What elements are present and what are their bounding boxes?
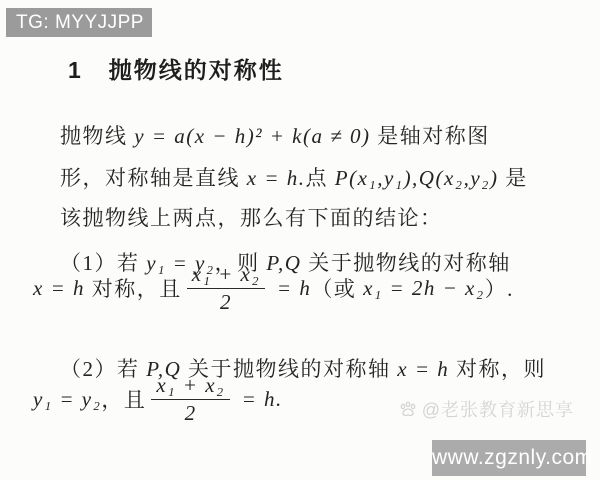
section-number: 1 [68, 57, 83, 84]
watermark-label: @老张教育新思享 [422, 396, 574, 422]
paw-icon [398, 399, 418, 419]
tg-badge-label: TG: MYYJJPP [16, 12, 144, 33]
body-line-5: x = h 对称，且x₁ + x₂2 = h（或 x₁ = 2h − x₂）. [33, 257, 563, 319]
section-title: 抛物线的对称性 [109, 52, 284, 85]
fraction-denominator: 2 [220, 289, 232, 314]
math-fraction: x₁ + x₂2 [187, 262, 265, 314]
math-run: = h [270, 276, 311, 301]
text-run: 对称，且 [85, 273, 182, 303]
text-run: （或 [311, 273, 363, 303]
math-run: x₁ = 2h − x₂ [363, 276, 485, 301]
watermark: @老张教育新思享 [398, 396, 574, 422]
math-fraction: x₁ + x₂2 [151, 373, 229, 425]
document-page: TG: MYYJJPP 1 抛物线的对称性 抛物线 y = a(x − h)² … [0, 0, 600, 480]
text-run: ）. [485, 273, 514, 303]
tg-badge: TG: MYYJJPP [6, 8, 152, 37]
text-run: ，且 [101, 384, 146, 414]
fraction-denominator: 2 [185, 400, 197, 425]
site-url: www.zgznly.com [432, 446, 593, 469]
fraction-numerator: x₁ + x₂ [151, 373, 229, 400]
math-run: x = h [33, 276, 85, 301]
math-run: y₁ = y₂ [33, 387, 101, 412]
section-heading: 1 抛物线的对称性 [68, 52, 284, 85]
math-run: = h. [235, 387, 283, 412]
fraction-numerator: x₁ + x₂ [187, 262, 265, 289]
site-badge: www.zgznly.com [432, 440, 586, 476]
